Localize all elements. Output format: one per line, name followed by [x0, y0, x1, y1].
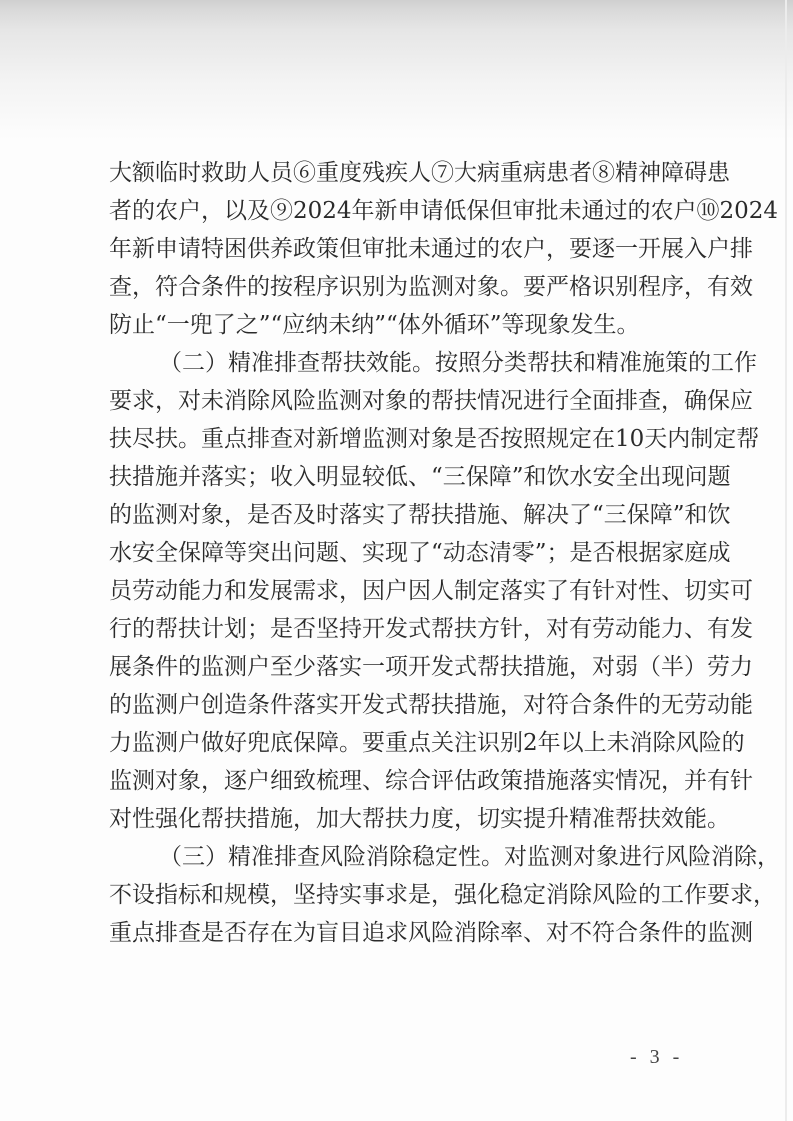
text-line: 展条件的监测户至少落实一项开发式帮扶措施，对弱（半）劳力 — [109, 648, 689, 686]
paragraph-1: 大额临时救助人员⑥重度残疾人⑦大病重病患者⑧精神障碍患 者的农户，以及⑨2024… — [109, 154, 693, 344]
text-line: 监测对象，逐户细致梳理、综合评估政策措施落实情况，并有针 — [109, 762, 689, 800]
text-line: 水安全保障等突出问题、实现了“动态清零”；是否根据家庭成 — [109, 534, 689, 572]
text-line: 不设指标和规模，坚持实事求是，强化稳定消除风险的工作要求， — [109, 876, 689, 914]
text-line: 扶尽扶。重点排查对新增监测对象是否按照规定在10天内制定帮 — [109, 420, 689, 458]
text-line: 防止“一兜了之”“应纳未纳”“体外循环”等现象发生。 — [109, 306, 689, 344]
text-line: 力监测户做好兜底保障。要重点关注识别2年以上未消除风险的 — [109, 724, 689, 762]
text-line: 者的农户，以及⑨2024年新申请低保但审批未通过的农户⑩2024 — [109, 192, 689, 230]
text-line: 查，符合条件的按程序识别为监测对象。要严格识别程序，有效 — [109, 268, 689, 306]
text-line: 对性强化帮扶措施，加大帮扶力度，切实提升精准帮扶效能。 — [109, 800, 689, 838]
paragraph-3: （三）精准排查风险消除稳定性。对监测对象进行风险消除， 不设指标和规模，坚持实事… — [109, 838, 693, 952]
text-line: 要求，对未消除风险监测对象的帮扶情况进行全面排查，确保应 — [109, 382, 689, 420]
text-line: 员劳动能力和发展需求，因户因人制定落实了有针对性、切实可 — [109, 572, 689, 610]
scan-shadow — [0, 0, 793, 140]
page-number: - 3 - — [630, 1046, 683, 1069]
text-line: 的监测对象，是否及时落实了帮扶措施、解决了“三保障”和饮 — [109, 496, 689, 534]
section-heading-line: （三）精准排查风险消除稳定性。对监测对象进行风险消除， — [109, 838, 689, 876]
document-body: 大额临时救助人员⑥重度残疾人⑦大病重病患者⑧精神障碍患 者的农户，以及⑨2024… — [109, 154, 693, 952]
text-line: 的监测户创造条件落实开发式帮扶措施，对符合条件的无劳动能 — [109, 686, 689, 724]
text-line: 行的帮扶计划；是否坚持开发式帮扶方针，对有劳动能力、有发 — [109, 610, 689, 648]
text-line: 重点排查是否存在为盲目追求风险消除率、对不符合条件的监测 — [109, 914, 689, 952]
section-heading-line: （二）精准排查帮扶效能。按照分类帮扶和精准施策的工作 — [109, 344, 689, 382]
page-edge — [785, 0, 787, 1121]
text-line: 大额临时救助人员⑥重度残疾人⑦大病重病患者⑧精神障碍患 — [109, 154, 689, 192]
text-line: 年新申请特困供养政策但审批未通过的农户，要逐一开展入户排 — [109, 230, 689, 268]
paragraph-2: （二）精准排查帮扶效能。按照分类帮扶和精准施策的工作 要求，对未消除风险监测对象… — [109, 344, 693, 838]
text-line: 扶措施并落实；收入明显较低、“三保障”和饮水安全出现问题 — [109, 458, 689, 496]
